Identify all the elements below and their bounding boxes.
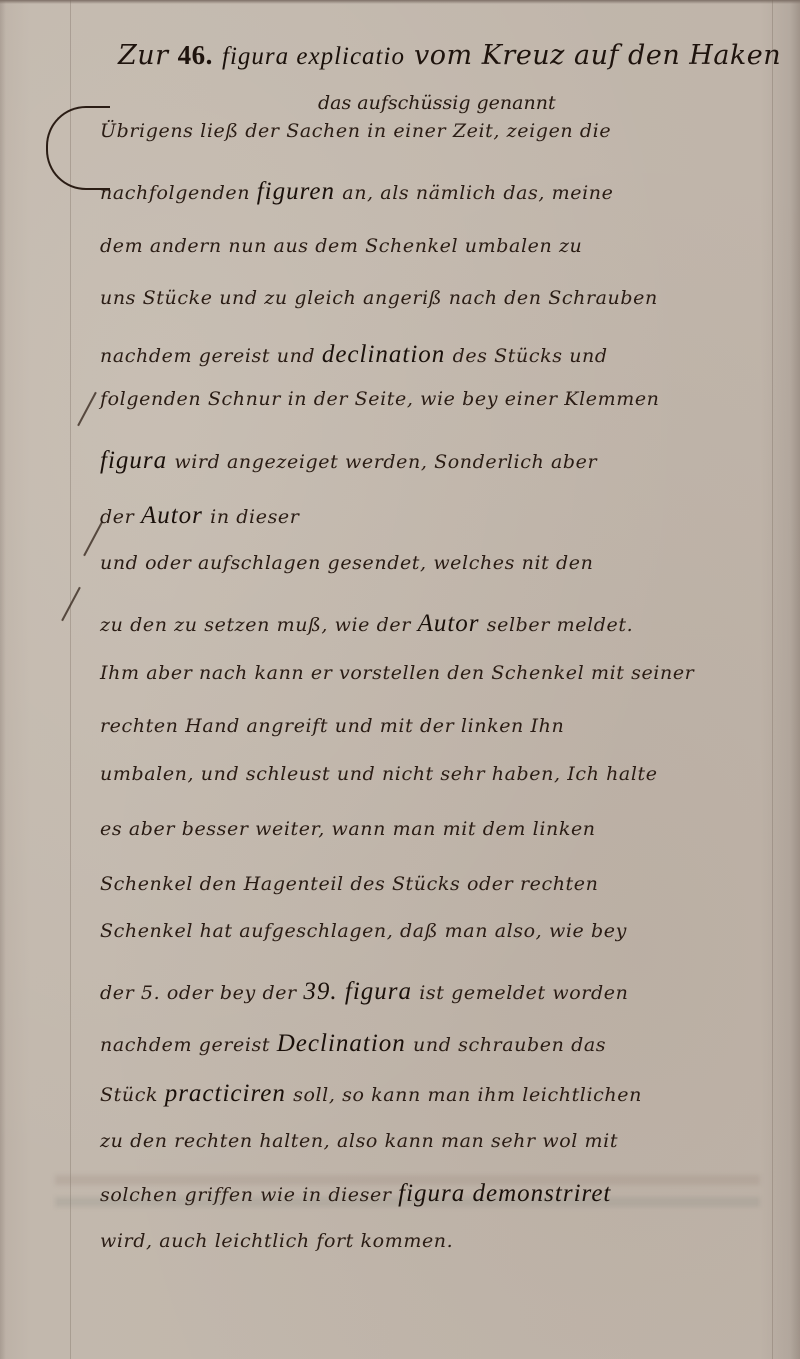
latin-term: figuren bbox=[257, 178, 343, 205]
latin-term: 39. figura bbox=[303, 978, 419, 1005]
text-line: umbalen, und schleust und nicht sehr hab… bbox=[100, 763, 780, 785]
heading-prefix: Zur bbox=[118, 40, 169, 71]
german-text: Ihm aber nach kann er vorstellen den Sch… bbox=[100, 662, 694, 684]
text-line: Übrigens ließ der Sachen in einer Zeit, … bbox=[100, 120, 780, 142]
text-line: solchen griffen wie in dieser figura dem… bbox=[100, 1180, 780, 1208]
german-text: Übrigens ließ der Sachen in einer Zeit, … bbox=[100, 120, 611, 142]
text-line: uns Stücke und zu gleich angeriß nach de… bbox=[100, 287, 780, 309]
text-line: Schenkel hat aufgeschlagen, daß man also… bbox=[100, 920, 780, 942]
german-text: in dieser bbox=[210, 506, 299, 528]
german-text: selber meldet. bbox=[487, 614, 633, 636]
german-text: zu den rechten halten, also kann man seh… bbox=[100, 1130, 618, 1152]
german-text: wird angezeiget werden, Sonderlich aber bbox=[174, 451, 597, 473]
latin-term: Autor bbox=[418, 610, 487, 637]
german-text: rechten Hand angreift und mit der linken… bbox=[100, 715, 564, 737]
text-line: nachdem gereist und declination des Stüc… bbox=[100, 341, 780, 369]
text-line: wird, auch leichtlich fort kommen. bbox=[100, 1230, 780, 1252]
latin-term: figura demonstriret bbox=[398, 1180, 611, 1207]
text-line: Stück practiciren soll, so kann man ihm … bbox=[100, 1080, 780, 1108]
german-text: nachfolgenden bbox=[100, 182, 257, 204]
german-text: nachdem gereist bbox=[100, 1034, 277, 1056]
german-text: der 5. oder bey der bbox=[100, 982, 303, 1004]
text-line: nachdem gereist Declination und schraube… bbox=[100, 1030, 780, 1058]
text-line: und oder aufschlagen gesendet, welches n… bbox=[100, 552, 780, 574]
german-text: und schrauben das bbox=[413, 1034, 606, 1056]
text-line: folgenden Schnur in der Seite, wie bey e… bbox=[100, 388, 780, 410]
german-text: der bbox=[100, 506, 141, 528]
german-text: dem andern nun aus dem Schenkel umbalen … bbox=[100, 235, 582, 257]
text-line: es aber besser weiter, wann man mit dem … bbox=[100, 818, 780, 840]
german-text: und oder aufschlagen gesendet, welches n… bbox=[100, 552, 593, 574]
german-text: solchen griffen wie in dieser bbox=[100, 1184, 398, 1206]
margin-mark bbox=[61, 587, 81, 621]
german-text: Schenkel hat aufgeschlagen, daß man also… bbox=[100, 920, 627, 942]
german-text: wird, auch leichtlich fort kommen. bbox=[100, 1230, 453, 1252]
german-text: zu den zu setzen muß, wie der bbox=[100, 614, 418, 636]
german-text: es aber besser weiter, wann man mit dem … bbox=[100, 818, 596, 840]
german-text: ist gemeldet worden bbox=[419, 982, 628, 1004]
german-text: soll, so kann man ihm leichtlichen bbox=[293, 1084, 642, 1106]
text-line: Ihm aber nach kann er vorstellen den Sch… bbox=[100, 662, 780, 684]
text-line: nachfolgenden figuren an, als nämlich da… bbox=[100, 178, 780, 206]
german-text: umbalen, und schleust und nicht sehr hab… bbox=[100, 763, 658, 785]
text-line: rechten Hand angreift und mit der linken… bbox=[100, 715, 780, 737]
page-top-edge bbox=[0, 0, 800, 4]
german-text: folgenden Schnur in der Seite, wie bey e… bbox=[100, 388, 660, 410]
text-line: zu den rechten halten, also kann man seh… bbox=[100, 1130, 780, 1152]
latin-term: practiciren bbox=[165, 1080, 293, 1107]
latin-term: declination bbox=[322, 341, 453, 368]
german-text: des Stücks und bbox=[453, 345, 608, 367]
figure-number: 46. bbox=[178, 40, 213, 70]
left-margin-rule bbox=[70, 0, 71, 1359]
page-heading: Zur 46. figura explicatio vom Kreuz auf … bbox=[118, 40, 781, 71]
german-text: Stück bbox=[100, 1084, 165, 1106]
manuscript-page: Zur 46. figura explicatio vom Kreuz auf … bbox=[0, 0, 800, 1359]
german-text: an, als nämlich das, meine bbox=[342, 182, 613, 204]
heading-rest: vom Kreuz auf den Haken bbox=[414, 40, 781, 71]
german-text: uns Stücke und zu gleich angeriß nach de… bbox=[100, 287, 658, 309]
latin-term: Declination bbox=[277, 1030, 413, 1057]
text-line: Schenkel den Hagenteil des Stücks oder r… bbox=[100, 873, 780, 895]
latin-term: Autor bbox=[141, 502, 210, 529]
heading-latin: figura explicatio bbox=[222, 43, 405, 70]
margin-mark bbox=[77, 392, 97, 426]
text-line: zu den zu setzen muß, wie der Autor selb… bbox=[100, 610, 780, 638]
text-line: dem andern nun aus dem Schenkel umbalen … bbox=[100, 235, 780, 257]
german-text: Schenkel den Hagenteil des Stücks oder r… bbox=[100, 873, 598, 895]
latin-term: figura bbox=[100, 447, 174, 474]
page-subheading: das aufschüssig genannt bbox=[318, 92, 556, 114]
german-text: nachdem gereist und bbox=[100, 345, 322, 367]
text-line: figura wird angezeiget werden, Sonderlic… bbox=[100, 447, 780, 475]
text-line: der 5. oder bey der 39. figura ist gemel… bbox=[100, 978, 780, 1006]
text-line: der Autor in dieser bbox=[100, 502, 780, 530]
